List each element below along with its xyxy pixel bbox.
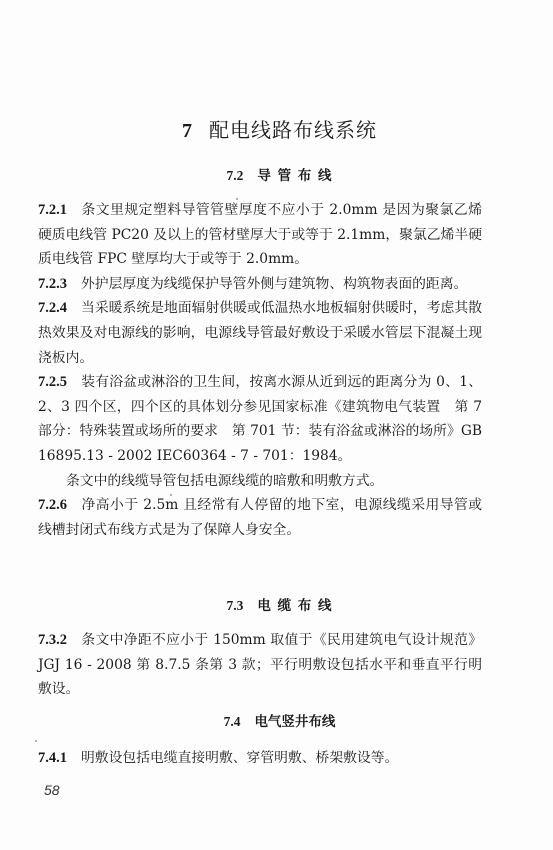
chapter-number: 7 <box>182 120 193 142</box>
clause-7-2-4: 7.2.4当采暖系统是地面辐射供暖或低温热水地板辐射供暖时，考虑其散热效果及对电… <box>38 296 482 370</box>
clause-number: 7.2.5 <box>38 374 67 390</box>
clause-7-2-6: 7.2.6净高小于 2.5m 且经常有人停留的地下室，电源线缆采用导管或线槽封闭… <box>38 493 482 542</box>
clause-number: 7.4.1 <box>38 750 67 766</box>
clause-number: 7.2.6 <box>38 497 67 513</box>
section-body-7-2: 7.2.1条文里规定塑料导管管壁厚度不应小于 2.0mm 是因为聚氯乙烯硬质电线… <box>38 198 482 542</box>
clause-7-3-2: 7.3.2条文中净距不应小于 150mm 取值于《民用建筑电气设计规范》JGJ … <box>38 628 482 702</box>
section-title-text: 电气竖井布线 <box>254 714 335 730</box>
document-page: 7配电线路布线系统 7.2导 管 布 线 7.2.1条文里规定塑料导管管壁厚度不… <box>0 0 553 850</box>
section-heading-7-4: 7.4电气竖井布线 <box>0 712 553 732</box>
clause-text: 明敷设包括电缆直接明敷、穿管明敷、桥架敷设等。 <box>81 750 398 766</box>
section-heading-7-2: 7.2导 管 布 线 <box>0 166 553 186</box>
clause-number: 7.2.1 <box>38 202 67 218</box>
clause-number: 7.3.2 <box>38 632 67 648</box>
clause-text: 条文中净距不应小于 150mm 取值于《民用建筑电气设计规范》JGJ 16 - … <box>38 632 482 697</box>
clause-7-2-5-continuation: 条文中的线缆导管包括电源线缆的暗敷和明敷方式。 <box>38 469 482 494</box>
clause-text: 净高小于 2.5m 且经常有人停留的地下室，电源线缆采用导管或线槽封闭式布线方式… <box>38 497 482 538</box>
scan-speck <box>236 198 238 200</box>
section-number: 7.4 <box>224 714 241 729</box>
clause-7-2-3: 7.2.3外护层厚度为线缆保护导管外侧与建筑物、构筑物表面的距离。 <box>38 272 482 297</box>
clause-number: 7.2.4 <box>38 300 67 316</box>
clause-text: 外护层厚度为线缆保护导管外侧与建筑物、构筑物表面的距离。 <box>81 276 467 292</box>
section-number: 7.2 <box>227 168 244 183</box>
section-heading-7-3: 7.3电 缆 布 线 <box>0 596 553 616</box>
scan-speck <box>170 494 172 496</box>
clause-7-2-5: 7.2.5装有浴盆或淋浴的卫生间，按离水源从近到远的距离分为 0、1、2、3 四… <box>38 370 482 468</box>
chapter-title-text: 配电线路布线系统 <box>209 118 377 142</box>
clause-text: 装有浴盆或淋浴的卫生间，按离水源从近到远的距离分为 0、1、2、3 四个区，四个… <box>38 374 482 464</box>
section-body-7-3: 7.3.2条文中净距不应小于 150mm 取值于《民用建筑电气设计规范》JGJ … <box>38 628 482 702</box>
section-title-text: 电 缆 布 线 <box>257 598 332 614</box>
section-body-7-4: 7.4.1明敷设包括电缆直接明敷、穿管明敷、桥架敷设等。 <box>38 746 482 771</box>
chapter-title: 7配电线路布线系统 <box>0 116 553 145</box>
clause-text: 条文里规定塑料导管管壁厚度不应小于 2.0mm 是因为聚氯乙烯硬质电线管 PC2… <box>38 202 482 267</box>
page-number: 58 <box>44 782 60 798</box>
section-number: 7.3 <box>227 598 244 613</box>
clause-7-2-1: 7.2.1条文里规定塑料导管管壁厚度不应小于 2.0mm 是因为聚氯乙烯硬质电线… <box>38 198 482 272</box>
clause-number: 7.2.3 <box>38 276 67 292</box>
clause-7-4-1: 7.4.1明敷设包括电缆直接明敷、穿管明敷、桥架敷设等。 <box>38 746 482 771</box>
section-title-text: 导 管 布 线 <box>257 168 332 184</box>
clause-text: 当采暖系统是地面辐射供暖或低温热水地板辐射供暖时，考虑其散热效果及对电源线的影响… <box>38 300 482 365</box>
scan-speck <box>35 740 37 742</box>
